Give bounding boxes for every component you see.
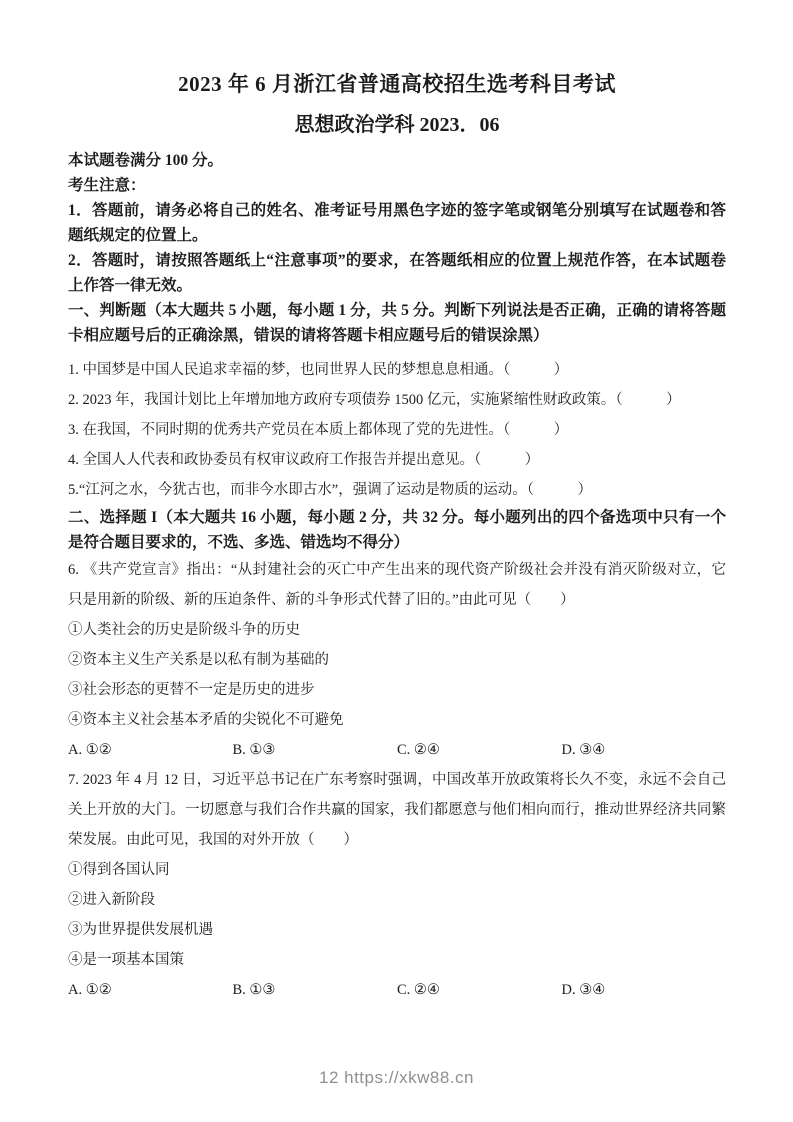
exam-paper-page: 2023 年 6 月浙江省普通高校招生选考科目考试 思想政治学科 2023．06…: [0, 0, 793, 1122]
notice-item-1: 1．答题前，请务必将自己的姓名、准考证号用黑色字迹的签字笔或钢笔分别填写在试题卷…: [68, 198, 726, 248]
choice-question-6: 6. 《共产党宣言》指出：“从封建社会的灭亡中产生出来的现代资产阶级社会并没有消…: [68, 555, 726, 765]
question-6-item-2: ②资本主义生产关系是以私有制为基础的: [68, 645, 726, 675]
question-6-option-a: A. ①②: [68, 735, 233, 765]
question-7-item-4: ④是一项基本国策: [68, 945, 726, 975]
question-6-item-4: ④资本主义社会基本矛盾的尖锐化不可避免: [68, 705, 726, 735]
question-7-option-a: A. ①②: [68, 975, 233, 1005]
question-7-item-3: ③为世界提供发展机遇: [68, 915, 726, 945]
choice-question-7: 7. 2023 年 4 月 12 日，习近平总书记在广东考察时强调，中国改革开放…: [68, 765, 726, 1005]
question-6-option-c: C. ②④: [397, 735, 562, 765]
question-7-option-d: D. ③④: [562, 975, 727, 1005]
page-subtitle: 思想政治学科 2023．06: [68, 112, 726, 138]
question-6-options-row: A. ①② B. ①③ C. ②④ D. ③④: [68, 735, 726, 765]
question-7-item-1: ①得到各国认同: [68, 855, 726, 885]
page-content: 2023 年 6 月浙江省普通高校招生选考科目考试 思想政治学科 2023．06…: [0, 0, 793, 1005]
question-7-option-c: C. ②④: [397, 975, 562, 1005]
question-7-stem: 7. 2023 年 4 月 12 日，习近平总书记在广东考察时强调，中国改革开放…: [68, 765, 726, 855]
question-6-item-1: ①人类社会的历史是阶级斗争的历史: [68, 615, 726, 645]
full-score-note: 本试题卷满分 100 分。: [68, 148, 726, 173]
judgment-question-list: 1. 中国梦是中国人民追求幸福的梦，也同世界人民的梦想息息相通。（ ） 2. 2…: [68, 355, 726, 505]
question-6-option-d: D. ③④: [562, 735, 727, 765]
judgment-question-4: 4. 全国人人代表和政协委员有权审议政府工作报告并提出意见。（ ）: [68, 445, 726, 475]
notice-item-2: 2．答题时，请按照答题纸上“注意事项”的要求，在答题纸相应的位置上规范作答，在本…: [68, 248, 726, 298]
question-7-options-row: A. ①② B. ①③ C. ②④ D. ③④: [68, 975, 726, 1005]
question-6-option-b: B. ①③: [233, 735, 398, 765]
page-title: 2023 年 6 月浙江省普通高校招生选考科目考试: [68, 70, 726, 98]
footer-watermark: 12 https://xkw88.cn: [0, 1068, 793, 1088]
notice-heading: 考生注意：: [68, 173, 726, 198]
judgment-question-1: 1. 中国梦是中国人民追求幸福的梦，也同世界人民的梦想息息相通。（ ）: [68, 355, 726, 385]
judgment-question-2: 2. 2023 年，我国计划比上年增加地方政府专项债券 1500 亿元，实施紧缩…: [68, 385, 726, 415]
judgment-question-5: 5.“江河之水，今犹古也，而非今水即古水”，强调了运动是物质的运动。（ ）: [68, 475, 726, 505]
question-6-stem: 6. 《共产党宣言》指出：“从封建社会的灭亡中产生出来的现代资产阶级社会并没有消…: [68, 555, 726, 615]
question-7-option-b: B. ①③: [233, 975, 398, 1005]
judgment-question-3: 3. 在我国，不同时期的优秀共产党员在本质上都体现了党的先进性。（ ）: [68, 415, 726, 445]
question-6-item-3: ③社会形态的更替不一定是历史的进步: [68, 675, 726, 705]
section-2-heading: 二、选择题 I（本大题共 16 小题，每小题 2 分，共 32 分。每小题列出的…: [68, 505, 726, 555]
section-1-heading: 一、判断题（本大题共 5 小题，每小题 1 分，共 5 分。判断下列说法是否正确…: [68, 298, 726, 348]
question-7-item-2: ②进入新阶段: [68, 885, 726, 915]
